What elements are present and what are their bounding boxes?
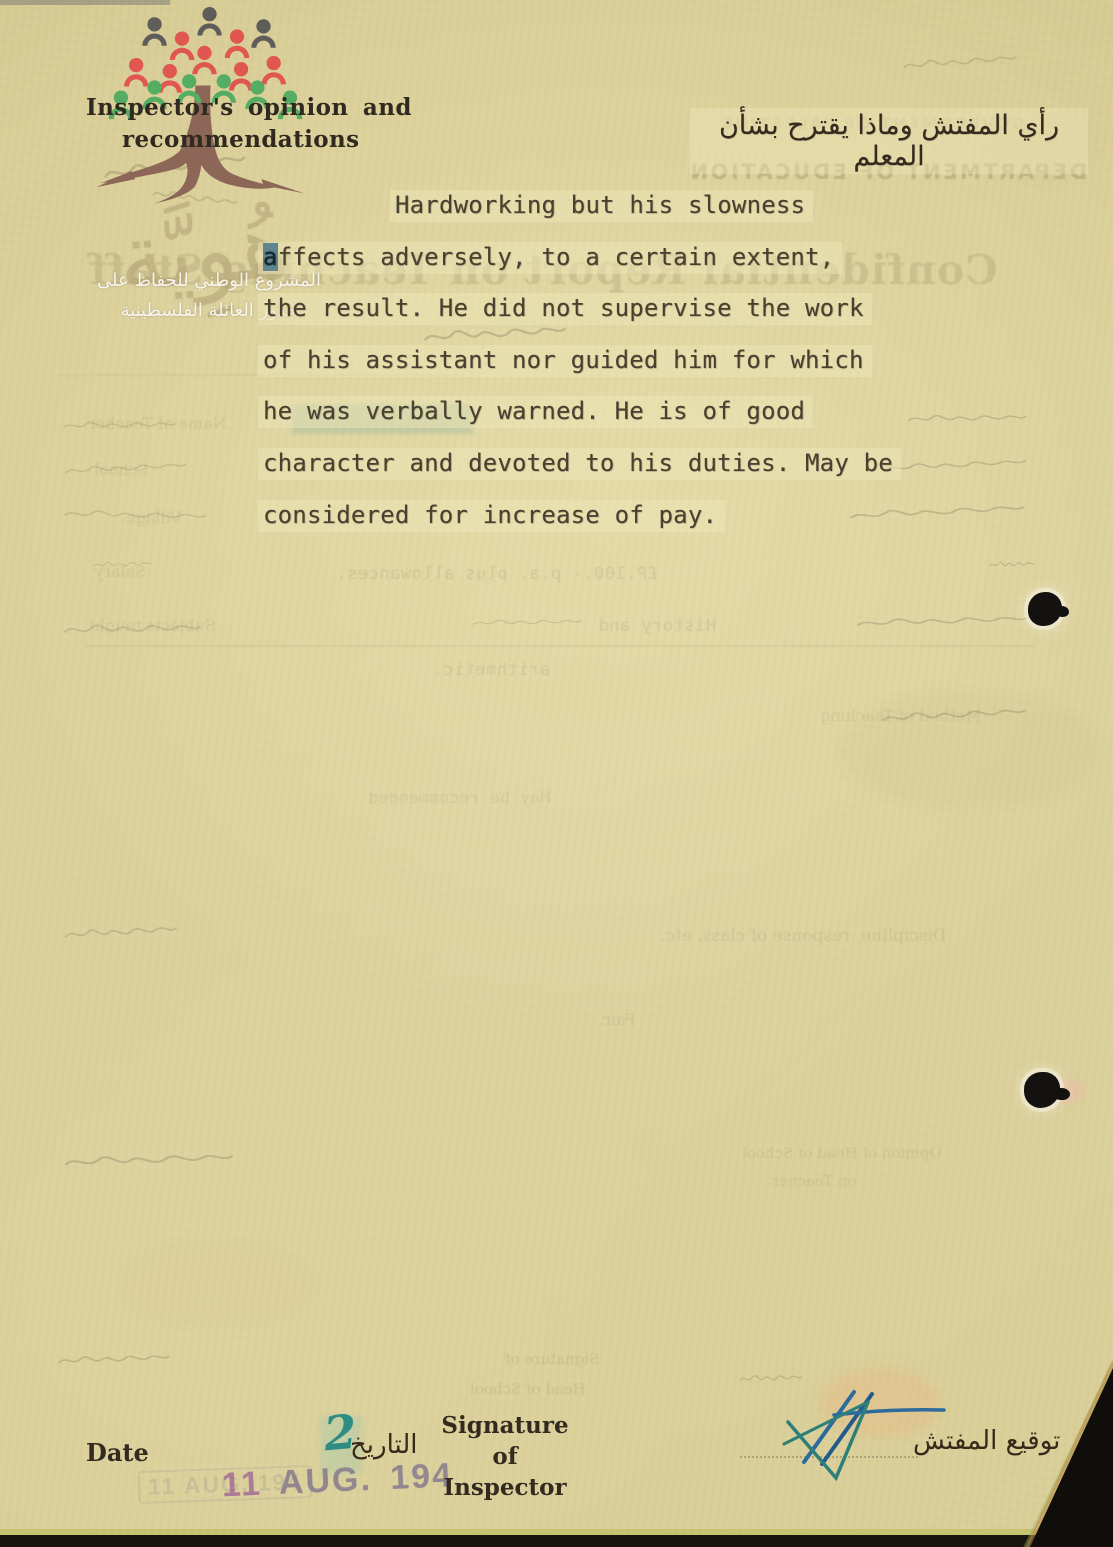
signature-caption: Signature of Inspector <box>425 1410 585 1503</box>
signature-caption-line2: Inspector <box>425 1472 585 1503</box>
pencil-scribble <box>62 918 181 948</box>
showthrough-text: May be recommended <box>368 788 550 807</box>
showthrough-rule <box>85 645 1035 647</box>
punch-hole-tail <box>1054 1088 1070 1100</box>
pencil-scribble <box>55 1347 173 1373</box>
punch-hole-tail <box>1056 606 1069 617</box>
overstruck-character: a <box>263 243 278 271</box>
pencil-scribble <box>880 452 1031 479</box>
date-year-handwritten: 2 <box>322 1405 359 1463</box>
showthrough-text: £P.100.- p.a. plus allowances. <box>336 564 658 584</box>
paper-stain <box>120 1240 320 1330</box>
showthrough-text: Fair. <box>600 1010 636 1029</box>
pencil-scribble <box>60 415 180 437</box>
pencil-scribble <box>60 501 211 530</box>
pencil-scribble <box>60 1144 238 1177</box>
showthrough-text: arithmetic. <box>432 660 550 680</box>
typed-line: character and devoted to his duties. May… <box>258 448 901 480</box>
typed-line: Hardworking but his slowness <box>390 190 813 222</box>
paper-stain <box>840 690 1100 810</box>
section-title-english-line2: recommendations <box>122 126 359 153</box>
pencil-scribble <box>905 408 1030 430</box>
section-title-english-line1: Inspector's opinion and <box>86 94 412 121</box>
showthrough-text: Signature of <box>505 1350 599 1368</box>
pencil-scribble <box>845 497 1031 529</box>
typed-line: he was verbally warned. He is of good <box>258 396 813 428</box>
pencil-scribble <box>60 615 205 645</box>
scanned-document-page: هُوِيَّة المشروع الوطني للحفاظ على جذور … <box>0 0 1113 1547</box>
date-stamp-day: 11 <box>221 1465 263 1505</box>
pencil-scribble <box>470 614 585 632</box>
pencil-scribble <box>62 456 191 482</box>
typed-line: affects adversely, to a certain extent, <box>258 242 842 274</box>
typed-line: considered for increase of pay. <box>258 500 725 532</box>
showthrough-text: History and <box>598 616 716 636</box>
showthrough-text: Head of School <box>470 1380 586 1398</box>
showthrough-text: Opinion of Head of School <box>742 1144 942 1162</box>
section-title-arabic: رأي المفتش وماذا يقترح بشأن المعلم <box>690 108 1088 174</box>
showthrough-text: Discipline, response of class, etc. <box>660 926 947 946</box>
pencil-scribble <box>988 556 1036 574</box>
scan-corner-shadow <box>1000 1340 1113 1547</box>
inspector-signature-scribble <box>774 1382 954 1482</box>
signature-caption-line1: Signature of <box>425 1410 585 1472</box>
pencil-scribble <box>92 556 154 574</box>
typed-line: the result. He did not supervise the wor… <box>258 293 872 325</box>
date-label: Date <box>86 1438 149 1467</box>
pencil-scribble <box>852 608 1034 635</box>
showthrough-text: on Teacher <box>772 1172 856 1190</box>
pencil-scribble <box>899 47 1020 79</box>
typed-line: of his assistant nor guided him for whic… <box>258 345 872 377</box>
date-label-arabic: التاريخ <box>350 1430 418 1460</box>
scan-edge-bar <box>0 1535 1113 1547</box>
scan-edge-top <box>0 0 170 5</box>
